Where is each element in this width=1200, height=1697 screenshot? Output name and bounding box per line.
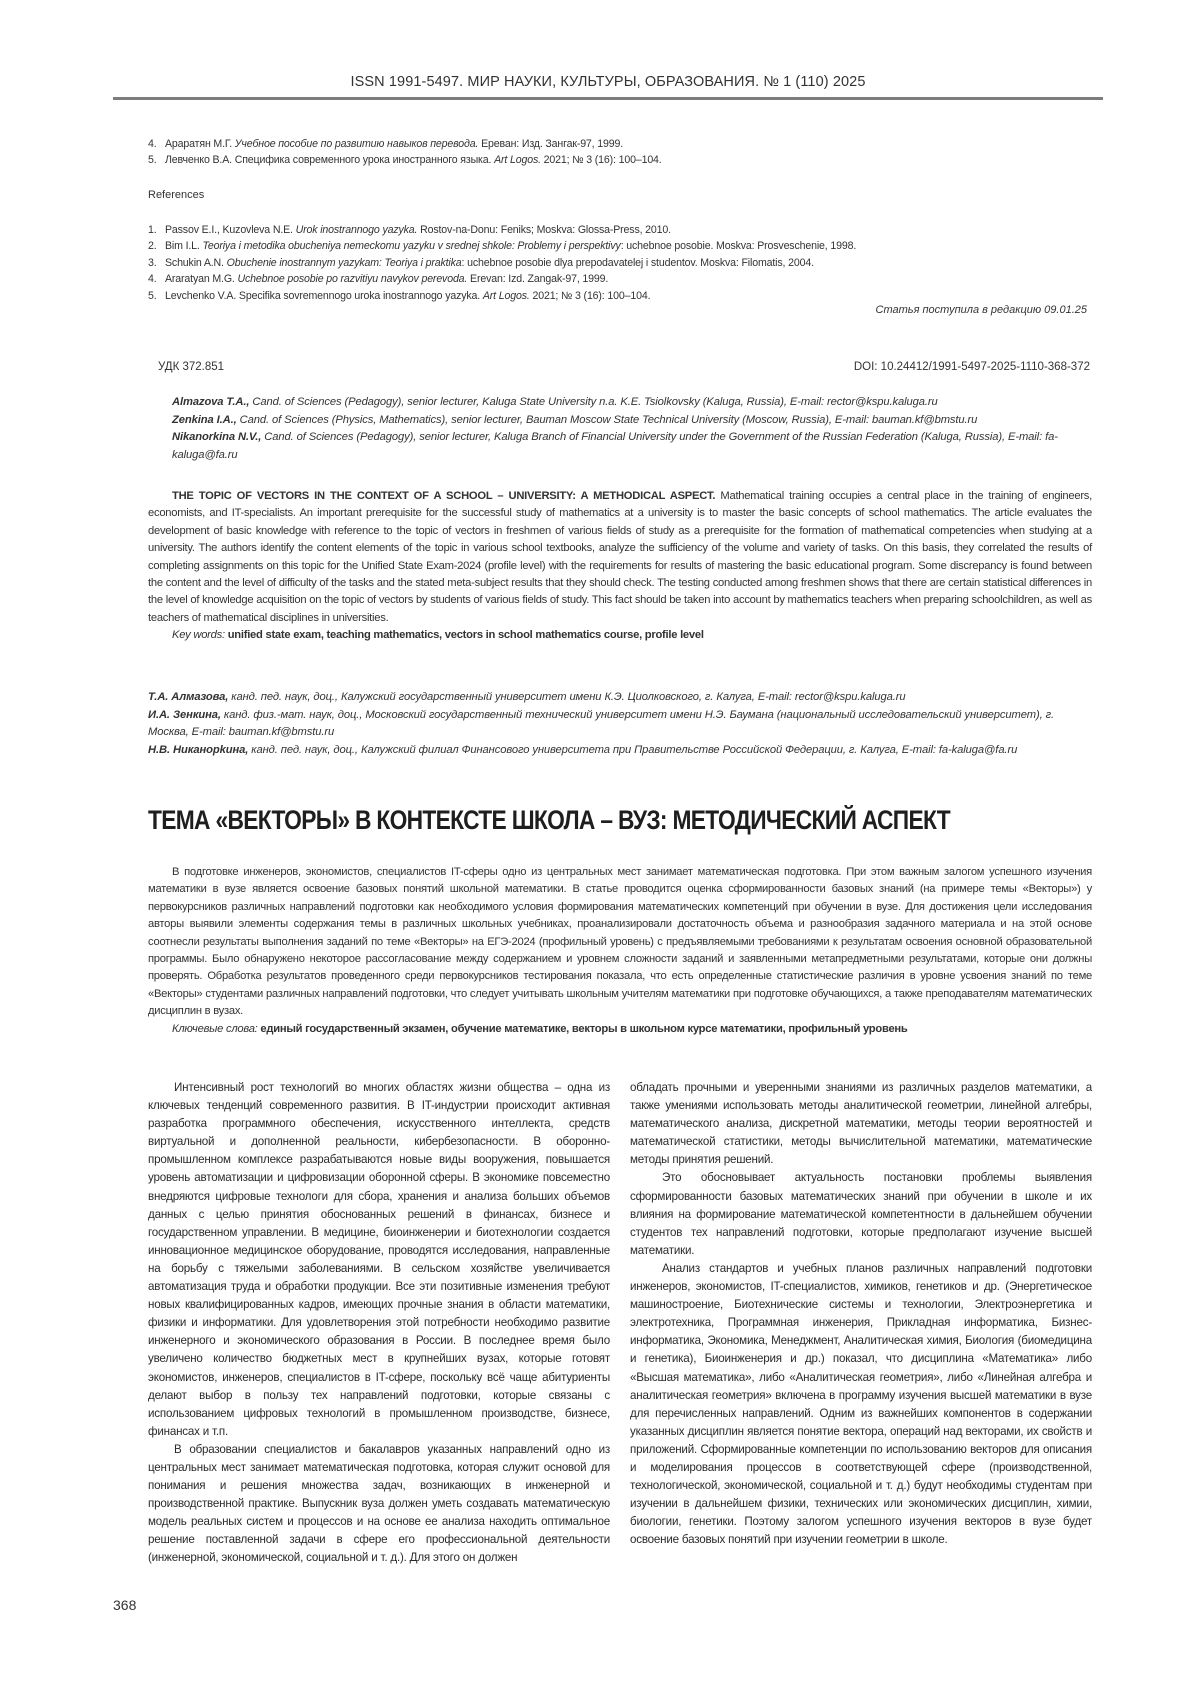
authors-ru: Т.А. Алмазова, канд. пед. наук, доц., Ка… bbox=[148, 689, 1068, 759]
author-entry: Nikanorkina N.V., Cand. of Sciences (Ped… bbox=[172, 429, 1092, 464]
reference-item: 1.Passov E.I., Kuzovleva N.E. Urok inost… bbox=[148, 222, 1088, 238]
body-columns: Интенсивный рост технологий во многих об… bbox=[148, 1079, 1092, 1568]
header-divider bbox=[113, 97, 1103, 100]
keywords-en-label: Key words: bbox=[172, 629, 225, 641]
references-heading: References bbox=[148, 189, 204, 201]
paragraph: обладать прочными и уверенными знаниями … bbox=[630, 1079, 1092, 1169]
paragraph: Анализ стандартов и учебных планов разли… bbox=[630, 1260, 1092, 1550]
paragraph: Интенсивный рост технологий во многих об… bbox=[148, 1079, 610, 1441]
right-column: обладать прочными и уверенными знаниями … bbox=[630, 1079, 1092, 1568]
reference-item: 3.Schukin A.N. Obuchenie inostrannym yaz… bbox=[148, 255, 1088, 271]
left-column: Интенсивный рост технологий во многих об… bbox=[148, 1079, 610, 1568]
reference-item: 5.Левченко В.А. Специфика современного у… bbox=[148, 152, 1088, 168]
reference-item: 5.Levchenko V.A. Specifika sovremennogo … bbox=[148, 288, 1088, 304]
author-entry: Н.В. Никанорkина, канд. пед. наук, доц.,… bbox=[148, 742, 1068, 760]
keywords-ru-label: Ключевые слова: bbox=[172, 1023, 258, 1035]
abstract-en: THE TOPIC OF VECTORS IN THE CONTEXT OF A… bbox=[148, 488, 1092, 645]
article-title: ТЕМА «ВЕКТОРЫ» В КОНТЕКСТЕ ШКОЛА – ВУЗ: … bbox=[148, 805, 950, 836]
abstract-en-title: THE TOPIC OF VECTORS IN THE CONTEXT OF A… bbox=[172, 490, 715, 502]
doi-identifier: DOI: 10.24412/1991-5497-2025-1110-368-37… bbox=[854, 361, 1090, 373]
reference-item: 4.Араратян М.Г. Учебное пособие по разви… bbox=[148, 136, 1088, 152]
keywords-en: unified state exam, teaching mathematics… bbox=[225, 629, 704, 641]
authors-en: Almazova T.A., Cand. of Sciences (Pedago… bbox=[172, 394, 1092, 464]
received-date-note: Статья поступила в редакцию 09.01.25 bbox=[876, 304, 1087, 316]
references-ru-list: 4.Араратян М.Г. Учебное пособие по разви… bbox=[148, 136, 1088, 169]
page-number: 368 bbox=[113, 1597, 136, 1613]
udk-code: УДК 372.851 bbox=[158, 361, 224, 373]
reference-item: 2.Bim I.L. Teoriya i metodika obucheniya… bbox=[148, 238, 1088, 254]
author-entry: И.А. Зенкина, канд. физ.-мат. наук, доц.… bbox=[148, 707, 1068, 742]
abstract-ru-text: В подготовке инженеров, экономистов, спе… bbox=[148, 864, 1092, 1021]
abstract-en-text: Mathematical training occupies a central… bbox=[148, 490, 1092, 624]
journal-header: ISSN 1991-5497. МИР НАУКИ, КУЛЬТУРЫ, ОБР… bbox=[113, 74, 1103, 90]
abstract-ru: В подготовке инженеров, экономистов, спе… bbox=[148, 864, 1092, 1038]
reference-item: 4.Araratyan M.G. Uchebnoe posobie po raz… bbox=[148, 271, 1088, 287]
author-entry: Т.А. Алмазова, канд. пед. наук, доц., Ка… bbox=[148, 689, 1068, 707]
references-en-list: 1.Passov E.I., Kuzovleva N.E. Urok inost… bbox=[148, 222, 1088, 304]
paragraph: Это обосновывает актуальность постановки… bbox=[630, 1169, 1092, 1259]
author-entry: Zenkina I.A., Cand. of Sciences (Physics… bbox=[172, 412, 1092, 430]
author-entry: Almazova T.A., Cand. of Sciences (Pedago… bbox=[172, 394, 1092, 412]
paragraph: В образовании специалистов и бакалавров … bbox=[148, 1441, 610, 1568]
keywords-ru: единый государственный экзамен, обучение… bbox=[258, 1023, 908, 1035]
